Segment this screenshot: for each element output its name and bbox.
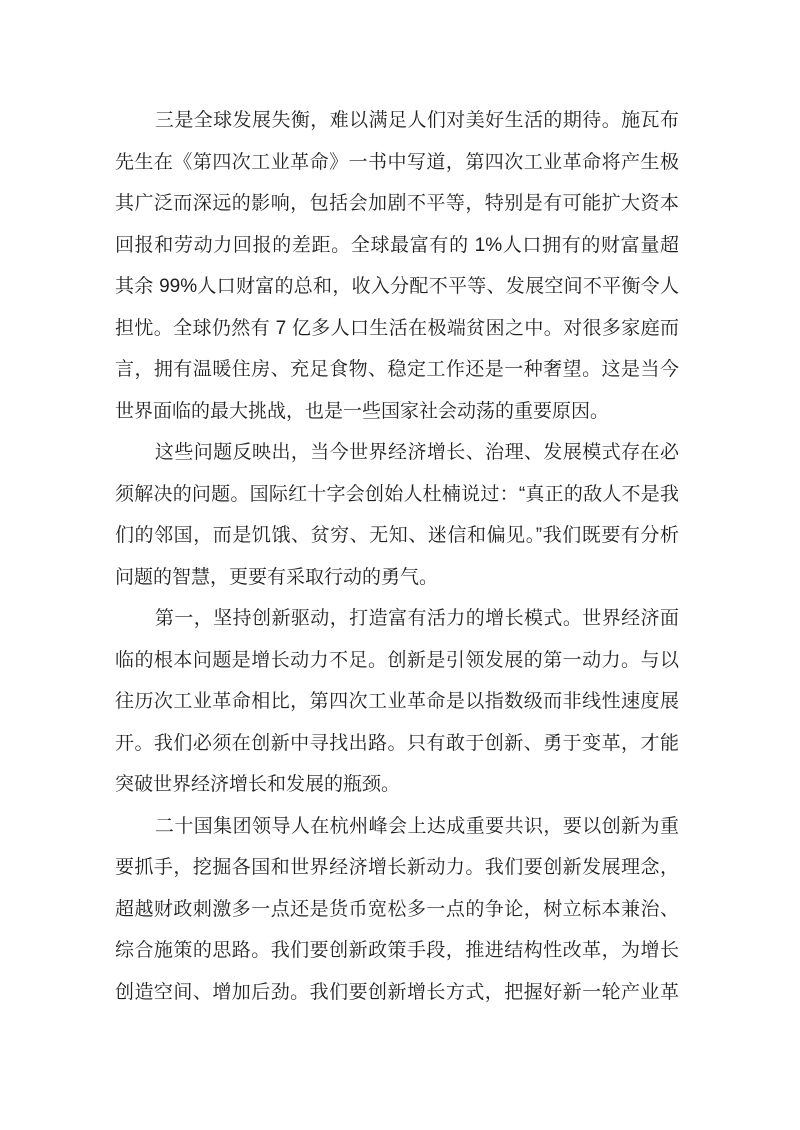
paragraph: 第一，坚持创新驱动，打造富有活力的增长模式。世界经济面临的根本问题是增长动力不足…	[115, 598, 679, 806]
text-line: 二十国集团领导人在杭州峰会上达成重要共识，要以创新为重	[115, 806, 679, 848]
text-line: 开。我们必须在创新中寻找出路。只有敢于创新、勇于变革，才能	[115, 723, 679, 765]
text-line: 问题的智慧，更要有采取行动的勇气。	[115, 557, 679, 599]
paragraph: 三是全球发展失衡，难以满足人们对美好生活的期待。施瓦布先生在《第四次工业革命》一…	[115, 100, 679, 432]
text-line: 世界面临的最大挑战，也是一些国家社会动荡的重要原因。	[115, 391, 679, 433]
text-line: 须解决的问题。国际红十字会创始人杜楠说过：“真正的敌人不是我	[115, 474, 679, 516]
paragraph: 二十国集团领导人在杭州峰会上达成重要共识，要以创新为重要抓手，挖掘各国和世界经济…	[115, 806, 679, 1014]
text-line: 们的邻国，而是饥饿、贫穷、无知、迷信和偏见。”我们既要有分析	[115, 515, 679, 557]
text-line: 言，拥有温暖住房、充足食物、稳定工作还是一种奢望。这是当今	[115, 349, 679, 391]
text-line: 创造空间、增加后劲。我们要创新增长方式，把握好新一轮产业革	[115, 972, 679, 1014]
text-line: 先生在《第四次工业革命》一书中写道，第四次工业革命将产生极	[115, 142, 679, 184]
text-line: 其余 99%人口财富的总和，收入分配不平等、发展空间不平衡令人	[115, 266, 679, 308]
text-line: 临的根本问题是增长动力不足。创新是引领发展的第一动力。与以	[115, 640, 679, 682]
text-line: 往历次工业革命相比，第四次工业革命是以指数级而非线性速度展	[115, 681, 679, 723]
paragraph: 这些问题反映出，当今世界经济增长、治理、发展模式存在必须解决的问题。国际红十字会…	[115, 432, 679, 598]
text-line: 这些问题反映出，当今世界经济增长、治理、发展模式存在必	[115, 432, 679, 474]
text-line: 回报和劳动力回报的差距。全球最富有的 1%人口拥有的财富量超过	[115, 225, 679, 267]
text-line: 综合施策的思路。我们要创新政策手段，推进结构性改革，为增长	[115, 930, 679, 972]
text-line: 第一，坚持创新驱动，打造富有活力的增长模式。世界经济面	[115, 598, 679, 640]
text-line: 要抓手，挖掘各国和世界经济增长新动力。我们要创新发展理念，	[115, 847, 679, 889]
text-line: 三是全球发展失衡，难以满足人们对美好生活的期待。施瓦布	[115, 100, 679, 142]
text-line: 突破世界经济增长和发展的瓶颈。	[115, 764, 679, 806]
text-line: 担忧。全球仍然有 7 亿多人口生活在极端贫困之中。对很多家庭而	[115, 308, 679, 350]
text-line: 其广泛而深远的影响，包括会加剧不平等，特别是有可能扩大资本	[115, 183, 679, 225]
document-page: 三是全球发展失衡，难以满足人们对美好生活的期待。施瓦布先生在《第四次工业革命》一…	[0, 0, 800, 1130]
text-body: 三是全球发展失衡，难以满足人们对美好生活的期待。施瓦布先生在《第四次工业革命》一…	[115, 100, 679, 1013]
text-line: 超越财政刺激多一点还是货币宽松多一点的争论，树立标本兼治、	[115, 889, 679, 931]
